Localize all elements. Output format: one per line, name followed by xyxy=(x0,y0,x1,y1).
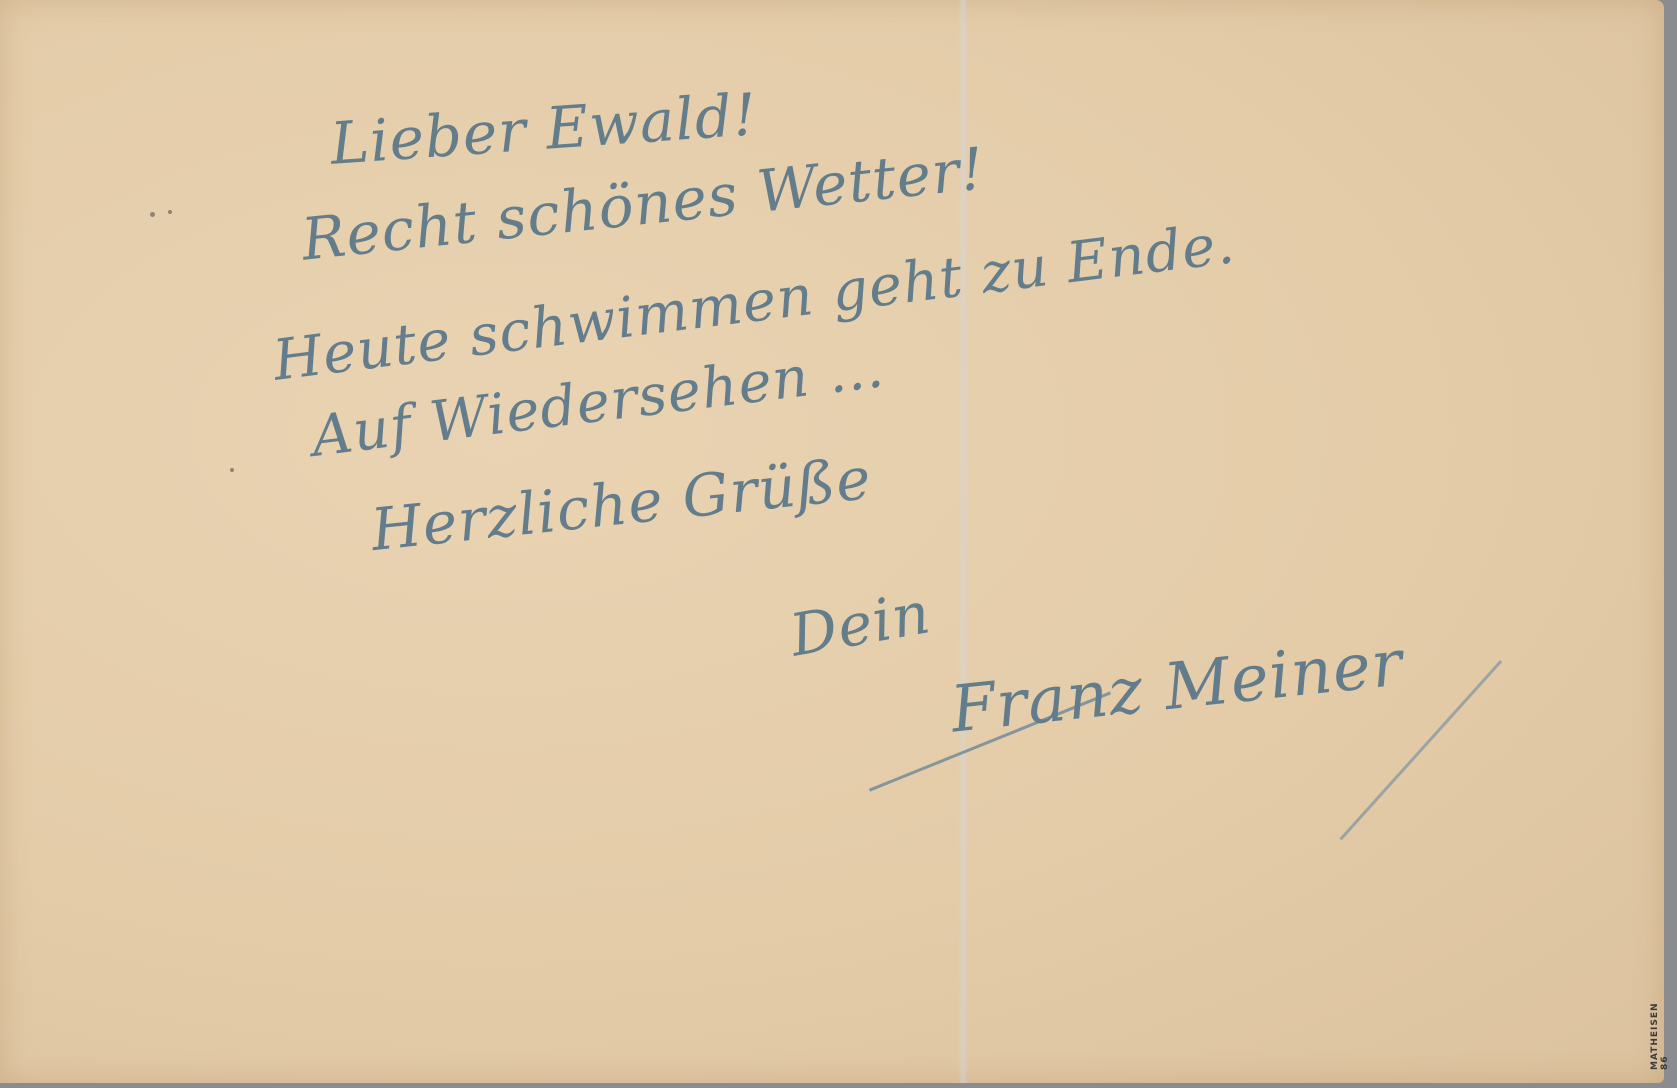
closing-dein: Dein xyxy=(785,578,935,669)
postcard: Lieber Ewald! Recht schönes Wetter! Heut… xyxy=(0,0,1664,1083)
ink-speck xyxy=(168,210,172,214)
printer-imprint: MATHEISEN 86 xyxy=(1650,1002,1670,1070)
closing-greeting: Herzliche Grüße xyxy=(368,444,875,564)
salutation: Lieber Ewald! xyxy=(328,80,759,178)
ink-speck xyxy=(230,468,234,472)
ink-speck xyxy=(150,212,155,217)
